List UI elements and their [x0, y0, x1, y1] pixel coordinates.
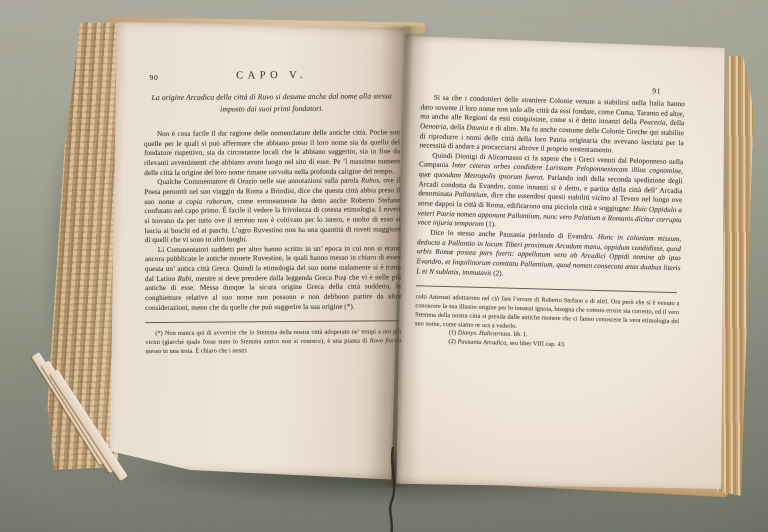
open-book-spread: 90 CAPO V. La origine Arcadica della cit…: [51, 16, 765, 503]
footnotes: colti Antenati adottarono nel ciò fare l…: [414, 293, 679, 353]
book-photo: 90 CAPO V. La origine Arcadica della cit…: [0, 0, 768, 532]
footnote-rule: [416, 285, 677, 293]
left-page-header: 90 CAPO V.: [143, 68, 399, 83]
paragraph: Quindi Dionigi di Alicarnasso ci fa sape…: [417, 151, 683, 235]
right-page-text: 91 Si sa che i condottieri delle stranie…: [414, 80, 685, 353]
paragraph: Dice lo stesso anche Pausania parlando d…: [416, 228, 681, 283]
footnote-rule: [145, 321, 398, 324]
paragraph: Non è cosa facile il dar ragione delle n…: [144, 128, 400, 178]
paragraph: Si sa che i condottieri delle straniere …: [419, 93, 684, 158]
footnote-text: (*) Non manca qui di avvertire che lo St…: [145, 329, 401, 357]
left-page-text: 90 CAPO V. La origine Arcadica della cit…: [143, 68, 401, 356]
footnote: (*) Non manca qui di avvertire che lo St…: [145, 329, 401, 357]
chapter-heading: CAPO V.: [143, 68, 399, 84]
section-title: La origine Arcadica della città di Ruvo …: [150, 90, 394, 115]
paragraph: Li Commentatori suddetti per altro hanno…: [145, 244, 401, 313]
bookmark-ribbon: [380, 447, 406, 532]
bookmark-ribbon-cord: [390, 447, 394, 532]
paragraph: Qualche Commentatore di Orazio nelle sue…: [144, 177, 400, 246]
